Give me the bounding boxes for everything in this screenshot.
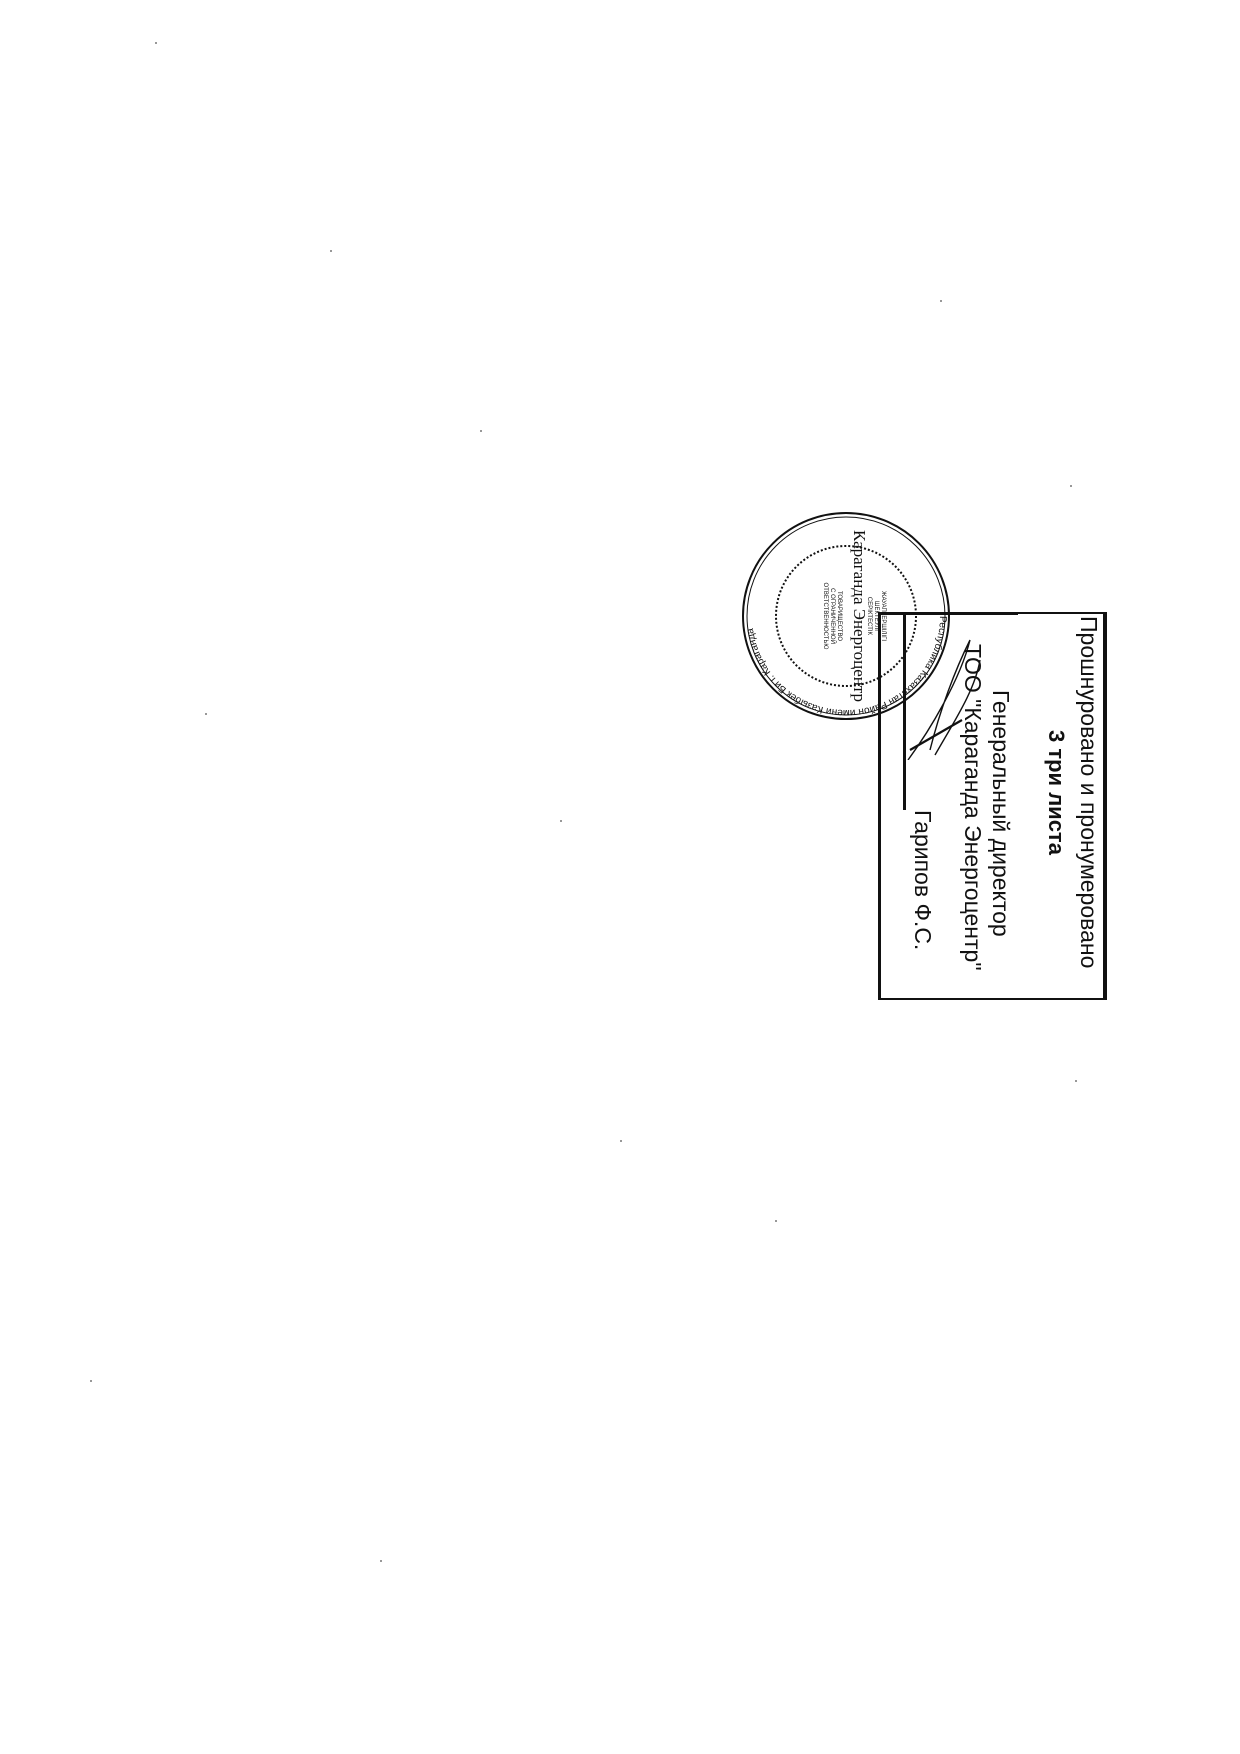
- stamp-center-ru-3: ОТВЕТСТВЕННОСТЬЮ: [822, 583, 828, 650]
- speck: [560, 820, 562, 822]
- stamp-center-ru-2: С ОГРАНИЧЕННОЙ: [829, 588, 837, 644]
- speck: [1075, 1080, 1077, 1082]
- speck: [90, 1380, 92, 1382]
- speck: [940, 300, 942, 302]
- stitched-numbered-label: Прошнуровано и пронумеровано: [1075, 616, 1102, 968]
- speck: [775, 1220, 777, 1222]
- speck: [620, 1140, 622, 1142]
- speck: [1070, 485, 1072, 487]
- speck: [480, 430, 482, 432]
- company-name: ТОО "Караганда Энергоцентр": [959, 644, 986, 971]
- speck: [205, 713, 207, 715]
- signatory-position: Генеральный директор: [987, 690, 1014, 937]
- box-top-line: [878, 612, 1018, 615]
- speck: [330, 250, 332, 252]
- signatory-name: Гарипов Ф.С.: [909, 810, 936, 950]
- speck: [155, 42, 157, 44]
- speck: [380, 1560, 382, 1562]
- sheet-count: 3 три листа: [1043, 730, 1069, 855]
- stamp-center-kz-3: СЕРІКТЕСТІК: [866, 597, 872, 636]
- stamp-center-ru-1: ТОВАРИЩЕСТВО: [836, 591, 842, 641]
